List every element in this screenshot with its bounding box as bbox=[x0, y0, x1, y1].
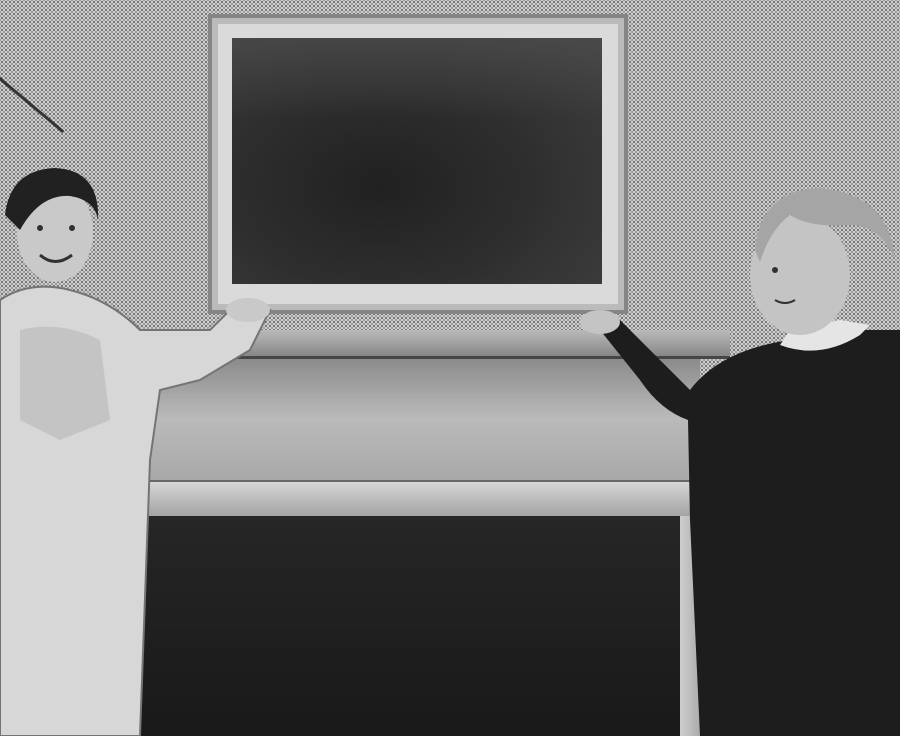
newspaper-photo bbox=[0, 0, 900, 736]
woman-right bbox=[580, 188, 900, 736]
subjects-layer bbox=[0, 0, 900, 736]
woman-left bbox=[0, 168, 270, 736]
